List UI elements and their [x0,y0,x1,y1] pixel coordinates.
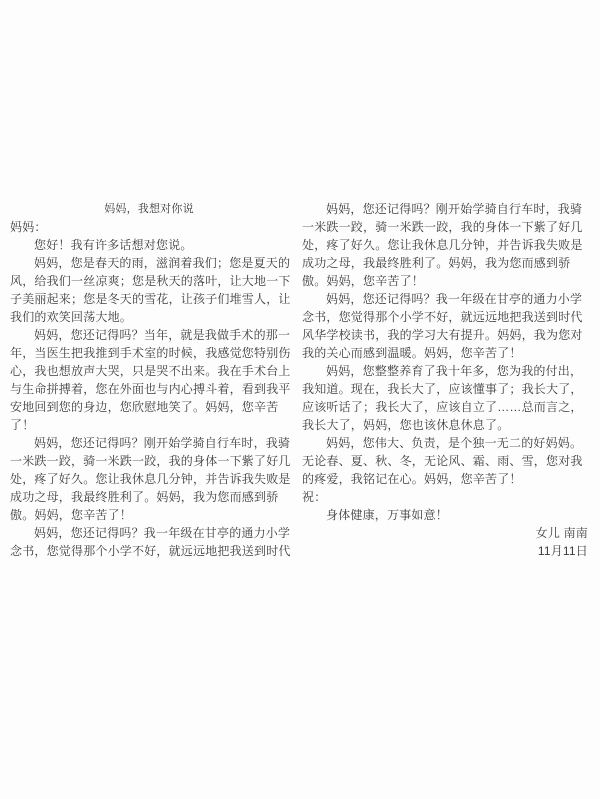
text-line: 念书，您觉得那个小学不好，就远远地把我送到时代 [302,308,588,326]
text-line: 与生命拼搏着，您在外面也与内心搏斗着，看到我平 [10,380,288,398]
letter-column-right: 妈妈，您还记得吗？刚开始学骑自行车时，我骑一米跌一跤，骑一米跌一跤，我的身体一下… [302,200,588,560]
text-line: 处，疼了好久。您让我休息几分钟，并告诉我失败是 [302,236,588,254]
text-line: 祝： [302,488,588,506]
text-line: 妈妈，您伟大、负责，是个独一无二的好妈妈。 [302,434,588,452]
text-line: 我知道。现在，我长大了，应该懂事了；我长大了， [302,380,588,398]
text-line: 妈妈，您还记得吗？我一年级在甘亭的通力小学 [10,524,288,542]
text-line: 应该听话了；我长大了，应该自立了……总而言之， [302,398,588,416]
text-line: 了！ [10,416,288,434]
letter-title: 妈妈，我想对你说 [10,200,288,218]
text-line: 风，给我们一丝凉爽；您是秋天的落叶，让大地一下 [10,272,288,290]
text-line: 成功之母，我最终胜利了。妈妈，我为您而感到骄 [10,488,288,506]
letter-column-left: 妈妈，我想对你说妈妈：您好！我有许多话想对您说。妈妈，您是春天的雨，滋润着我们；… [10,200,288,560]
text-line: 安地回到您的身边，您欣慰地笑了。妈妈，您辛苦 [10,398,288,416]
text-line: 妈妈，您整整养育了我十年多，您为我的付出， [302,362,588,380]
text-line: 无论春、夏、秋、冬，无论风、霜、雨、雪，您对我 [302,452,588,470]
text-line: 我们的欢笑回荡大地。 [10,308,288,326]
text-line: 我的关心而感到温暖。妈妈，您辛苦了！ [302,344,588,362]
text-line: 妈妈，您还记得吗？刚开始学骑自行车时，我骑 [302,200,588,218]
text-line: 妈妈，您还记得吗？刚开始学骑自行车时，我骑 [10,434,288,452]
letter-document: 妈妈，我想对你说妈妈：您好！我有许多话想对您说。妈妈，您是春天的雨，滋润着我们；… [0,0,600,799]
text-line: 的疼爱，我铭记在心。妈妈，您辛苦了！ [302,470,588,488]
text-line: 一米跌一跤，骑一米跌一跤，我的身体一下紫了好几 [302,218,588,236]
text-line: 傲。妈妈，您辛苦了！ [10,506,288,524]
text-line: 风华学校读书，我的学习大有提升。妈妈，我为您对 [302,326,588,344]
text-line: 身体健康，万事如意！ [302,506,588,524]
text-line: 您好！我有许多话想对您说。 [10,236,288,254]
signature-date: 11月11日 [302,542,588,560]
text-line: 年，当医生把我推到手术室的时候，我感觉您特别伤 [10,344,288,362]
text-line: 傲。妈妈，您辛苦了！ [302,272,588,290]
text-line: 妈妈，您还记得吗？我一年级在甘亭的通力小学 [302,290,588,308]
text-line: 妈妈： [10,218,288,236]
text-line: 妈妈，您还记得吗？当年，就是我做手术的那一 [10,326,288,344]
text-line: 妈妈，您是春天的雨，滋润着我们；您是夏天的 [10,254,288,272]
text-line: 念书，您觉得那个小学不好，就远远地把我送到时代 [10,542,288,560]
text-line: 心，我也想放声大哭，只是哭不出来。我在手术台上 [10,362,288,380]
text-line: 处，疼了好久。您让我休息几分钟，并告诉我失败是 [10,470,288,488]
text-line: 一米跌一跤，骑一米跌一跤，我的身体一下紫了好几 [10,452,288,470]
text-line: 我长大了，妈妈，您也该休息休息了。 [302,416,588,434]
text-line: 成功之母，我最终胜利了。妈妈，我为您而感到骄 [302,254,588,272]
text-line: 子美丽起来；您是冬天的雪花，让孩子们堆雪人，让 [10,290,288,308]
signature-name: 女儿 南南 [302,524,588,542]
